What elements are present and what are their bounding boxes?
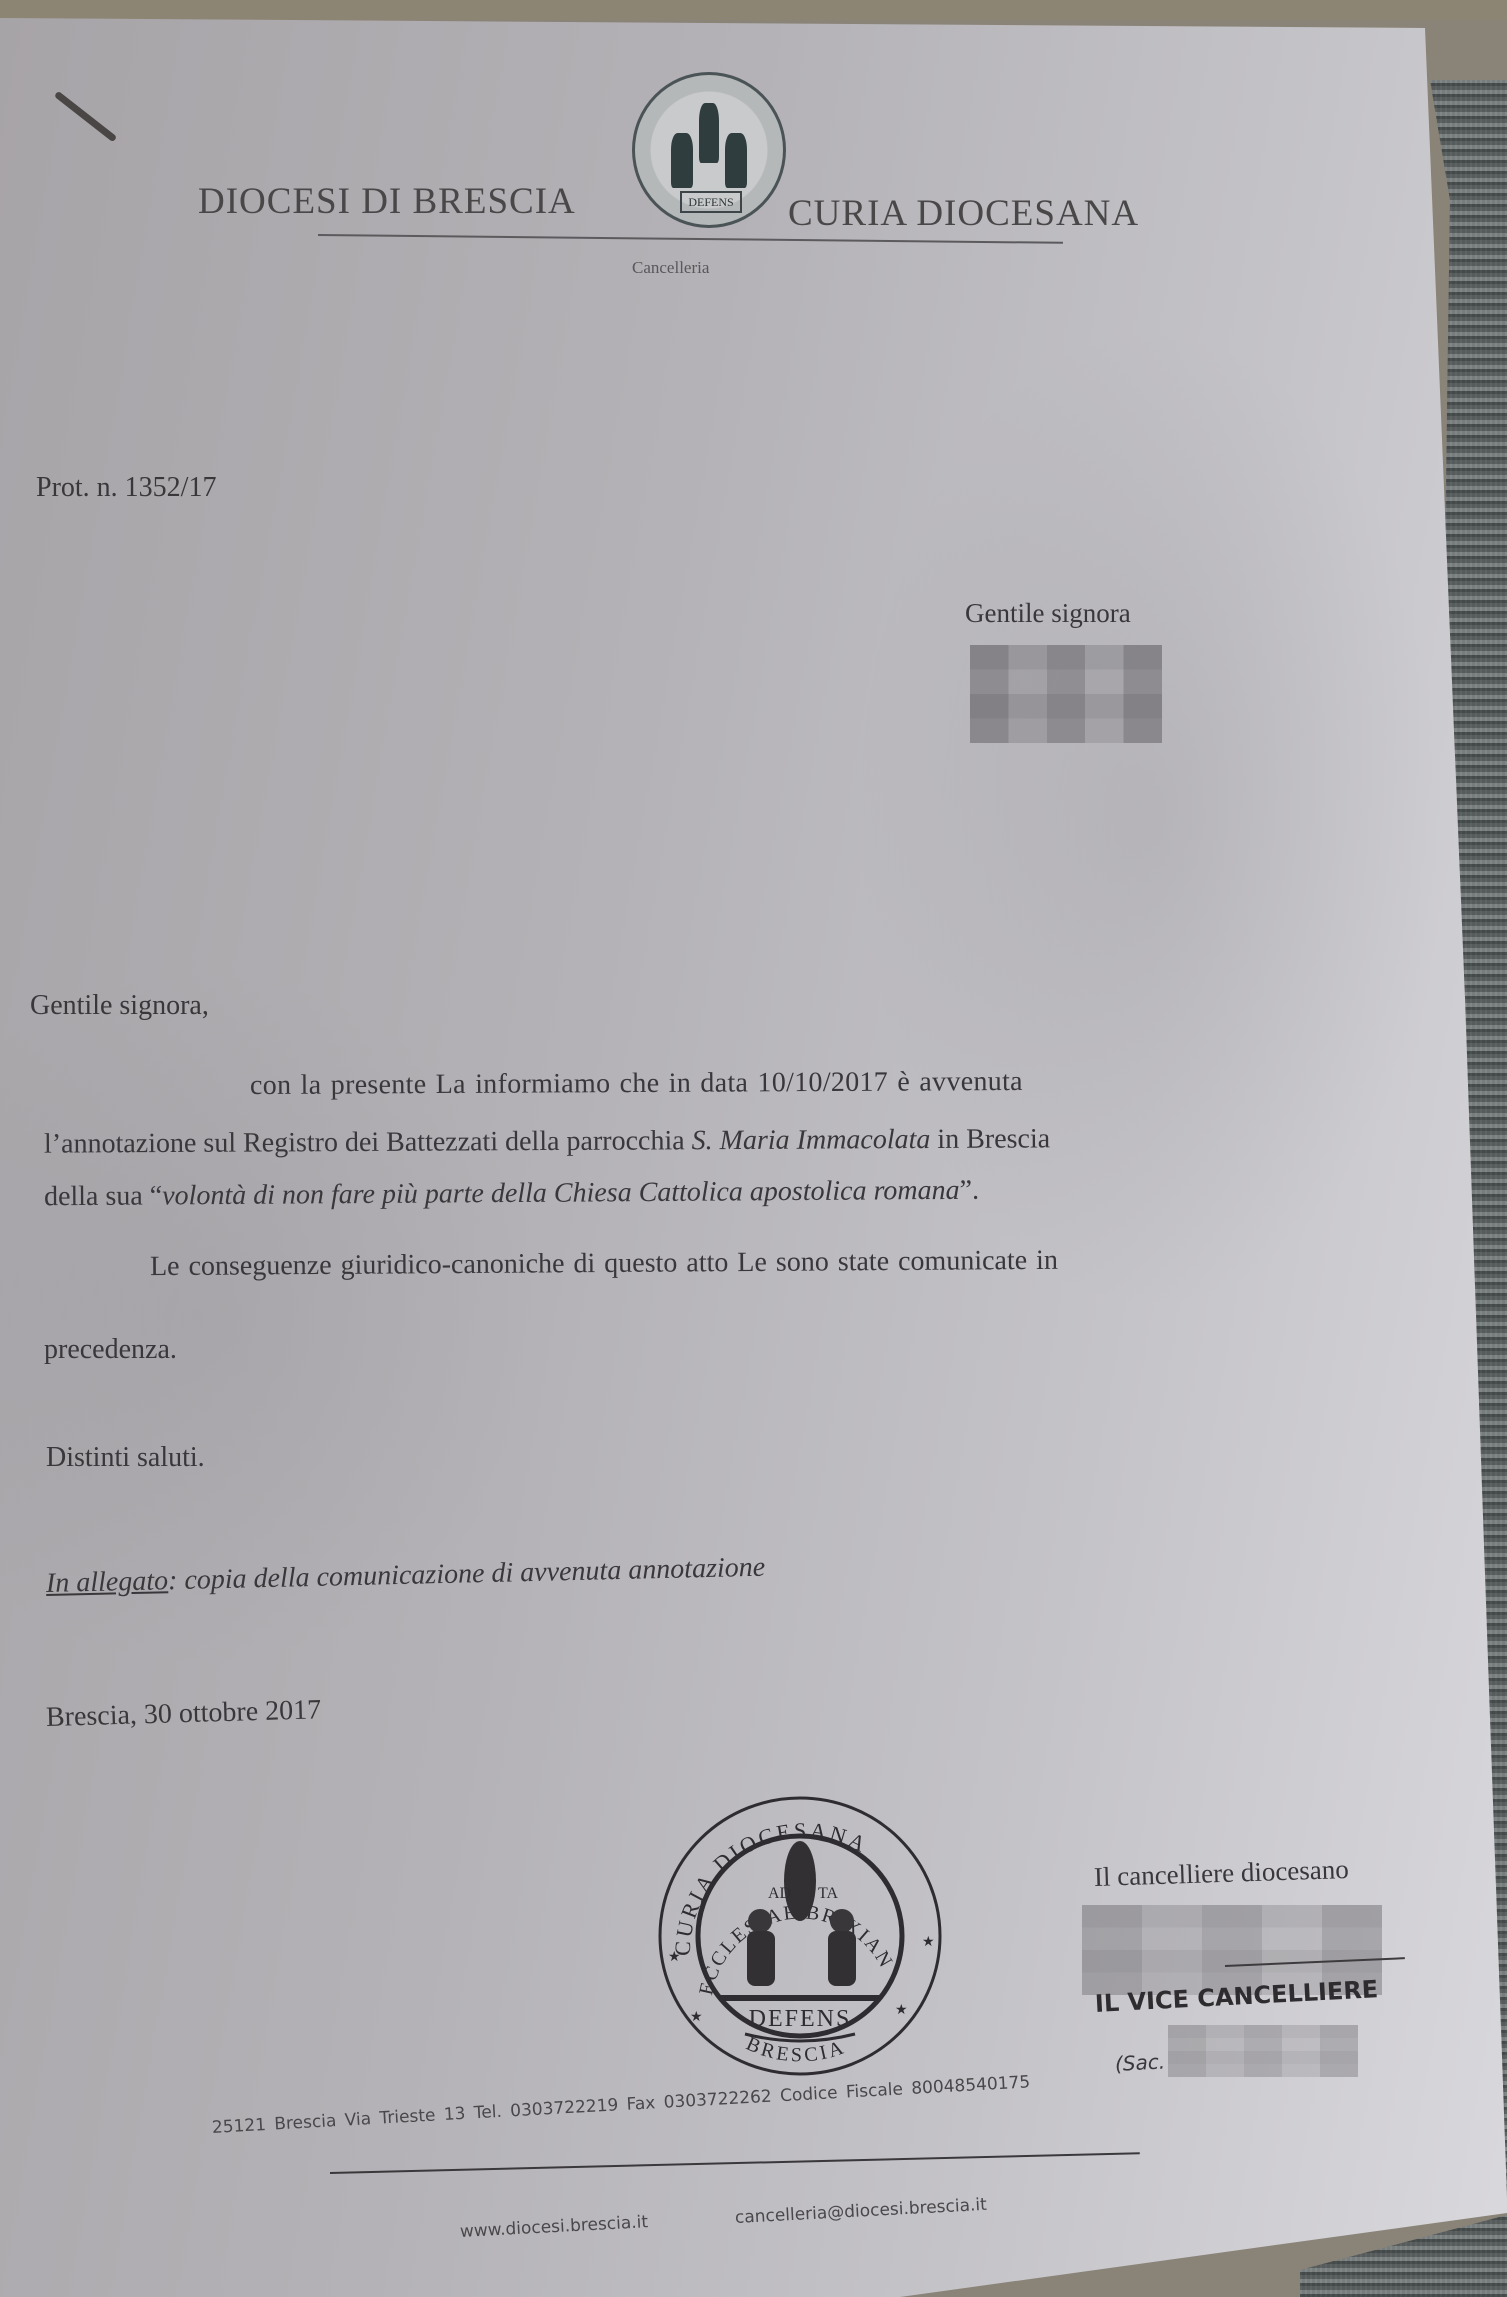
paragraph-2-line-2: precedenza. <box>44 1334 177 1366</box>
letterhead-curia: CURIA DIOCESANA <box>788 192 1139 235</box>
stamp-motto-left: AD <box>768 1885 791 1902</box>
quoted-will: volontà di non fare più parte della Chie… <box>162 1175 960 1212</box>
svg-text:★: ★ <box>922 1935 935 1950</box>
text-annotation: l’annotazione sul Registro dei Battezzat… <box>44 1125 692 1159</box>
logo-band: DEFENS <box>680 191 742 213</box>
greeting: Gentile signora, <box>30 990 209 1022</box>
svg-text:★: ★ <box>668 1950 681 1965</box>
stamp-band-text: DEFENS <box>749 2006 852 2032</box>
paragraph-1-line-2: l’annotazione sul Registro dei Battezzat… <box>44 1123 1050 1160</box>
svg-text:★: ★ <box>895 2003 908 2018</box>
paragraph-2-line-1: Le conseguenze giuridico-canoniche di qu… <box>150 1245 1058 1283</box>
text-close-quote: ”. <box>960 1175 980 1206</box>
protocol-number: Prot. n. 1352/17 <box>36 472 216 504</box>
text-della-sua: della sua “ <box>44 1180 162 1212</box>
paragraph-1-line-3: della sua “volontà di non fare più parte… <box>44 1175 979 1214</box>
redacted-recipient-name <box>970 645 1162 743</box>
parish-name: S. Maria Immacolata <box>692 1124 931 1156</box>
letterhead-department: Cancelleria <box>632 258 709 278</box>
diocese-logo-icon: DEFENS <box>632 72 786 228</box>
attachment-label: In allegato <box>46 1565 169 1599</box>
sac-prefix: (Sac. <box>1114 2049 1165 2076</box>
redacted-vice-chancellor-name <box>1168 2025 1358 2077</box>
closing: Distinti saluti. <box>46 1442 205 1474</box>
official-stamp-icon: CURIA DIOCESANA ECCLESIAE BRIXIANAE BRES… <box>650 1786 950 2086</box>
table-surface <box>0 0 1507 20</box>
svg-text:★: ★ <box>690 2010 703 2025</box>
stamp-motto-right: TA <box>818 1885 838 1902</box>
text-in-brescia: in Brescia <box>930 1123 1050 1155</box>
letterhead-diocese: DIOCESI DI BRESCIA <box>198 180 576 223</box>
paragraph-1-line-1: con la presente La informiamo che in dat… <box>250 1066 1023 1102</box>
recipient-salutation: Gentile signora <box>965 598 1131 629</box>
